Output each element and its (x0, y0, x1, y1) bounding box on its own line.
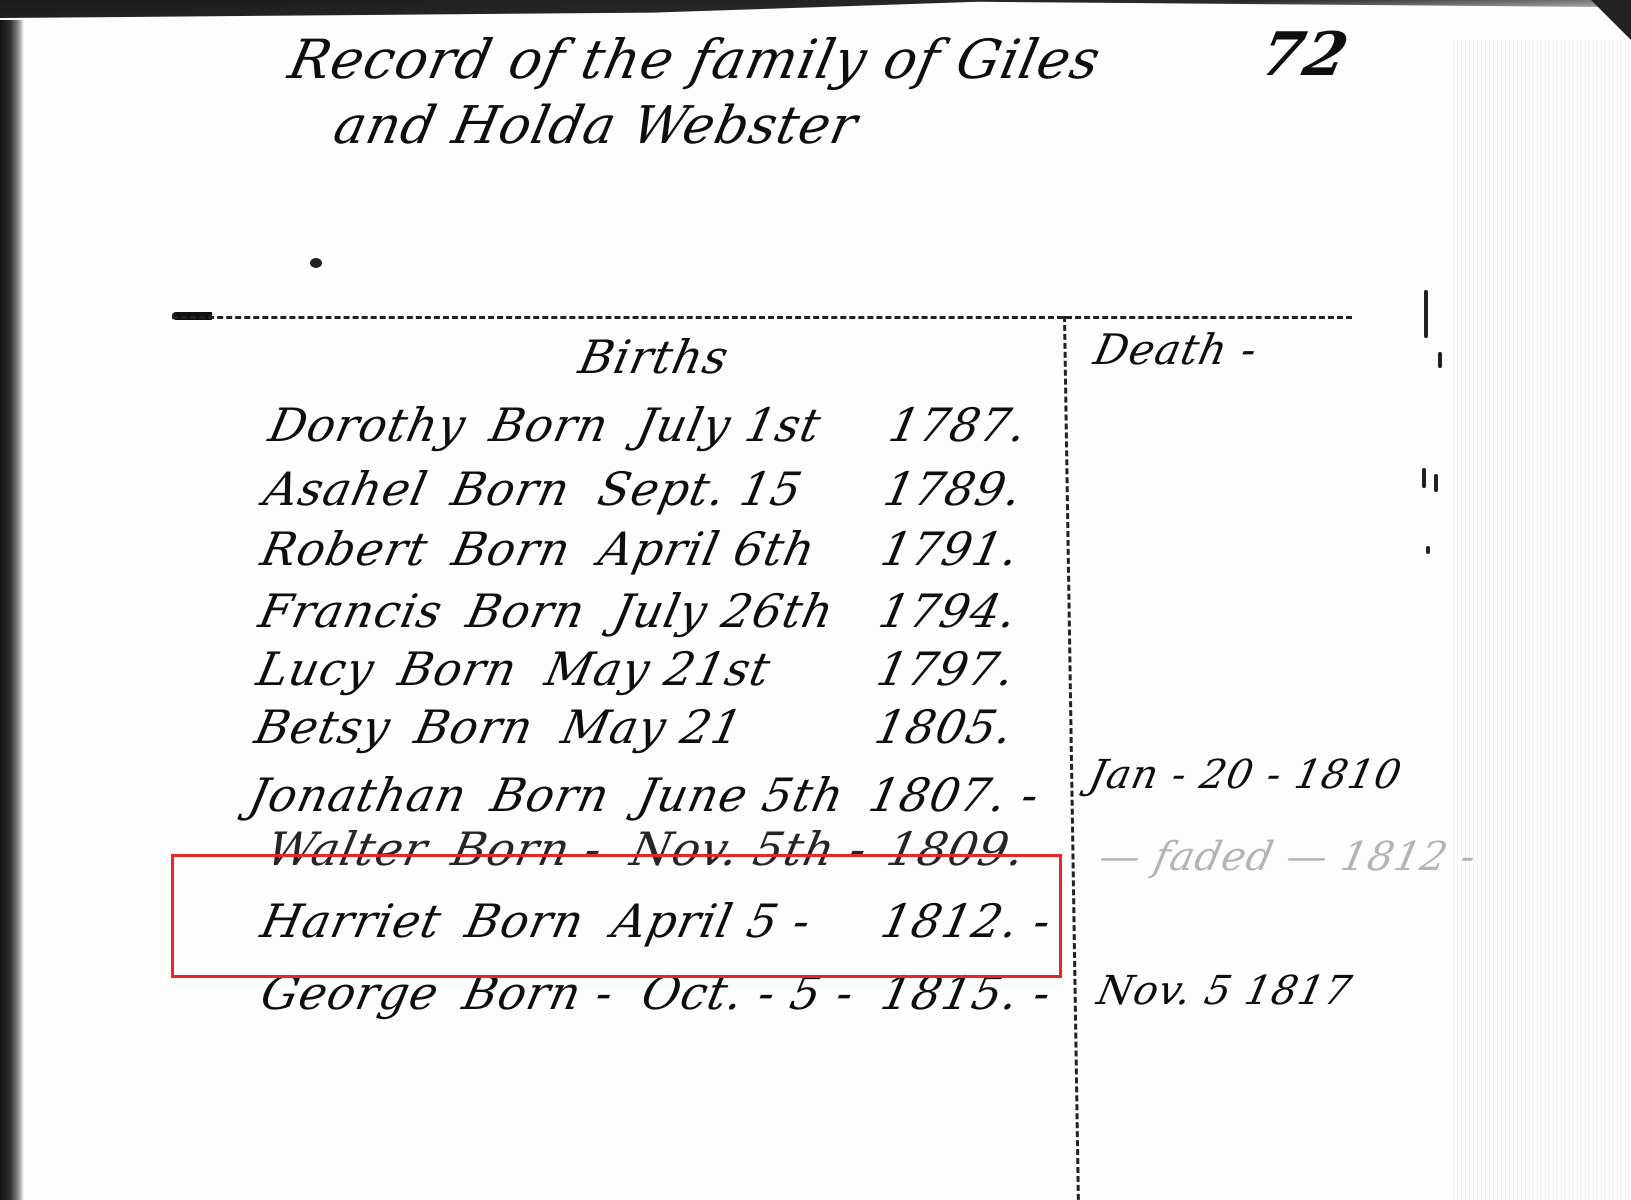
entry-year: 1789. (879, 462, 1027, 516)
entry-date: May 21 (557, 700, 748, 754)
birth-entry-jonathan: Jonathan Born June 5th 1807. - (244, 768, 849, 822)
book-binding-edge (0, 20, 24, 1200)
scanned-register-page: Record of the family of Giles and Holda … (0, 0, 1631, 1200)
birth-entry-harriet: Harriet Born April 5 - 1812. - (256, 894, 816, 948)
header-rule-line (172, 316, 1352, 319)
page-top-edge-shadow (0, 0, 1631, 18)
entry-born: Born (410, 700, 539, 754)
birth-entry-lucy: Lucy Born May 21st 1797. (252, 642, 776, 696)
entry-year: 1805. (870, 700, 1018, 754)
column-divider-line (1063, 316, 1080, 1200)
ink-dot (310, 258, 322, 268)
entry-year: 1812. - (876, 894, 1056, 948)
births-column-header: Births (574, 330, 734, 384)
birth-entry-dorothy: Dorothy Born July 1st 1787. (264, 398, 826, 452)
entry-date: Nov. 5th - (626, 822, 873, 876)
entry-born: Born (447, 522, 576, 576)
entry-name: George (256, 966, 444, 1020)
entry-born: Born (447, 462, 576, 516)
entry-date: Oct. - 5 - (637, 966, 859, 1020)
scan-right-margin-streaks (1450, 40, 1631, 1200)
entry-year: 1815. - (876, 966, 1056, 1020)
entry-name: Dorothy (264, 398, 471, 452)
margin-ink-specks (1420, 290, 1460, 570)
entry-year: 1807. - (864, 768, 1044, 822)
entry-date: July 26th (609, 584, 840, 638)
entry-name: Harriet (256, 894, 446, 948)
entry-name: Lucy (252, 642, 379, 696)
entry-born: Born (462, 584, 591, 638)
entry-born: Born - (458, 966, 619, 1020)
birth-entry-george: George Born - Oct. - 5 - 1815. - (256, 966, 859, 1020)
death-column-header: Death - (1090, 325, 1262, 374)
entry-born: Born (394, 642, 523, 696)
entry-year: 1794. (874, 584, 1022, 638)
birth-entry-betsy: Betsy Born May 21 1805. (250, 700, 748, 754)
birth-entry-walter: Walter Born - Nov. 5th - 1809. (262, 822, 872, 876)
entry-date: June 5th (633, 768, 849, 822)
entry-name: Jonathan (244, 768, 472, 822)
entry-year: 1809. (882, 822, 1030, 876)
entry-name: Betsy (250, 700, 396, 754)
record-title-line-1: Record of the family of Giles (283, 28, 1106, 91)
entry-year: 1787. (884, 398, 1032, 452)
birth-entry-francis: Francis Born July 26th 1794. (254, 584, 839, 638)
entry-name: Asahel (259, 462, 432, 516)
entry-born: Born (461, 894, 590, 948)
entry-year: 1797. (872, 642, 1020, 696)
entry-year: 1791. (876, 522, 1024, 576)
entry-date: April 6th (594, 522, 821, 576)
page-corner-shadow (1591, 0, 1631, 40)
entry-name: Francis (254, 584, 448, 638)
entry-born: Born (486, 768, 615, 822)
record-title-line-2: and Holda Webster (329, 96, 864, 156)
entry-born: Born - (447, 822, 608, 876)
page-number: 72 (1255, 20, 1355, 90)
birth-entry-robert: Robert Born April 6th 1791. (256, 522, 820, 576)
entry-name: Walter (262, 822, 433, 876)
entry-name: Robert (256, 522, 433, 576)
entry-date: July 1st (632, 398, 826, 452)
entry-date: Sept. 15 (593, 462, 807, 516)
death-entry-walter-faded: — faded — 1812 - (1095, 834, 1480, 880)
birth-entry-asahel: Asahel Born Sept. 15 1789. (259, 462, 807, 516)
death-entry-george: Nov. 5 1817 (1093, 968, 1356, 1014)
entry-date: April 5 - (608, 894, 817, 948)
entry-born: Born (485, 398, 614, 452)
death-entry-jonathan: Jan - 20 - 1810 (1085, 752, 1406, 798)
entry-date: May 21st (541, 642, 776, 696)
